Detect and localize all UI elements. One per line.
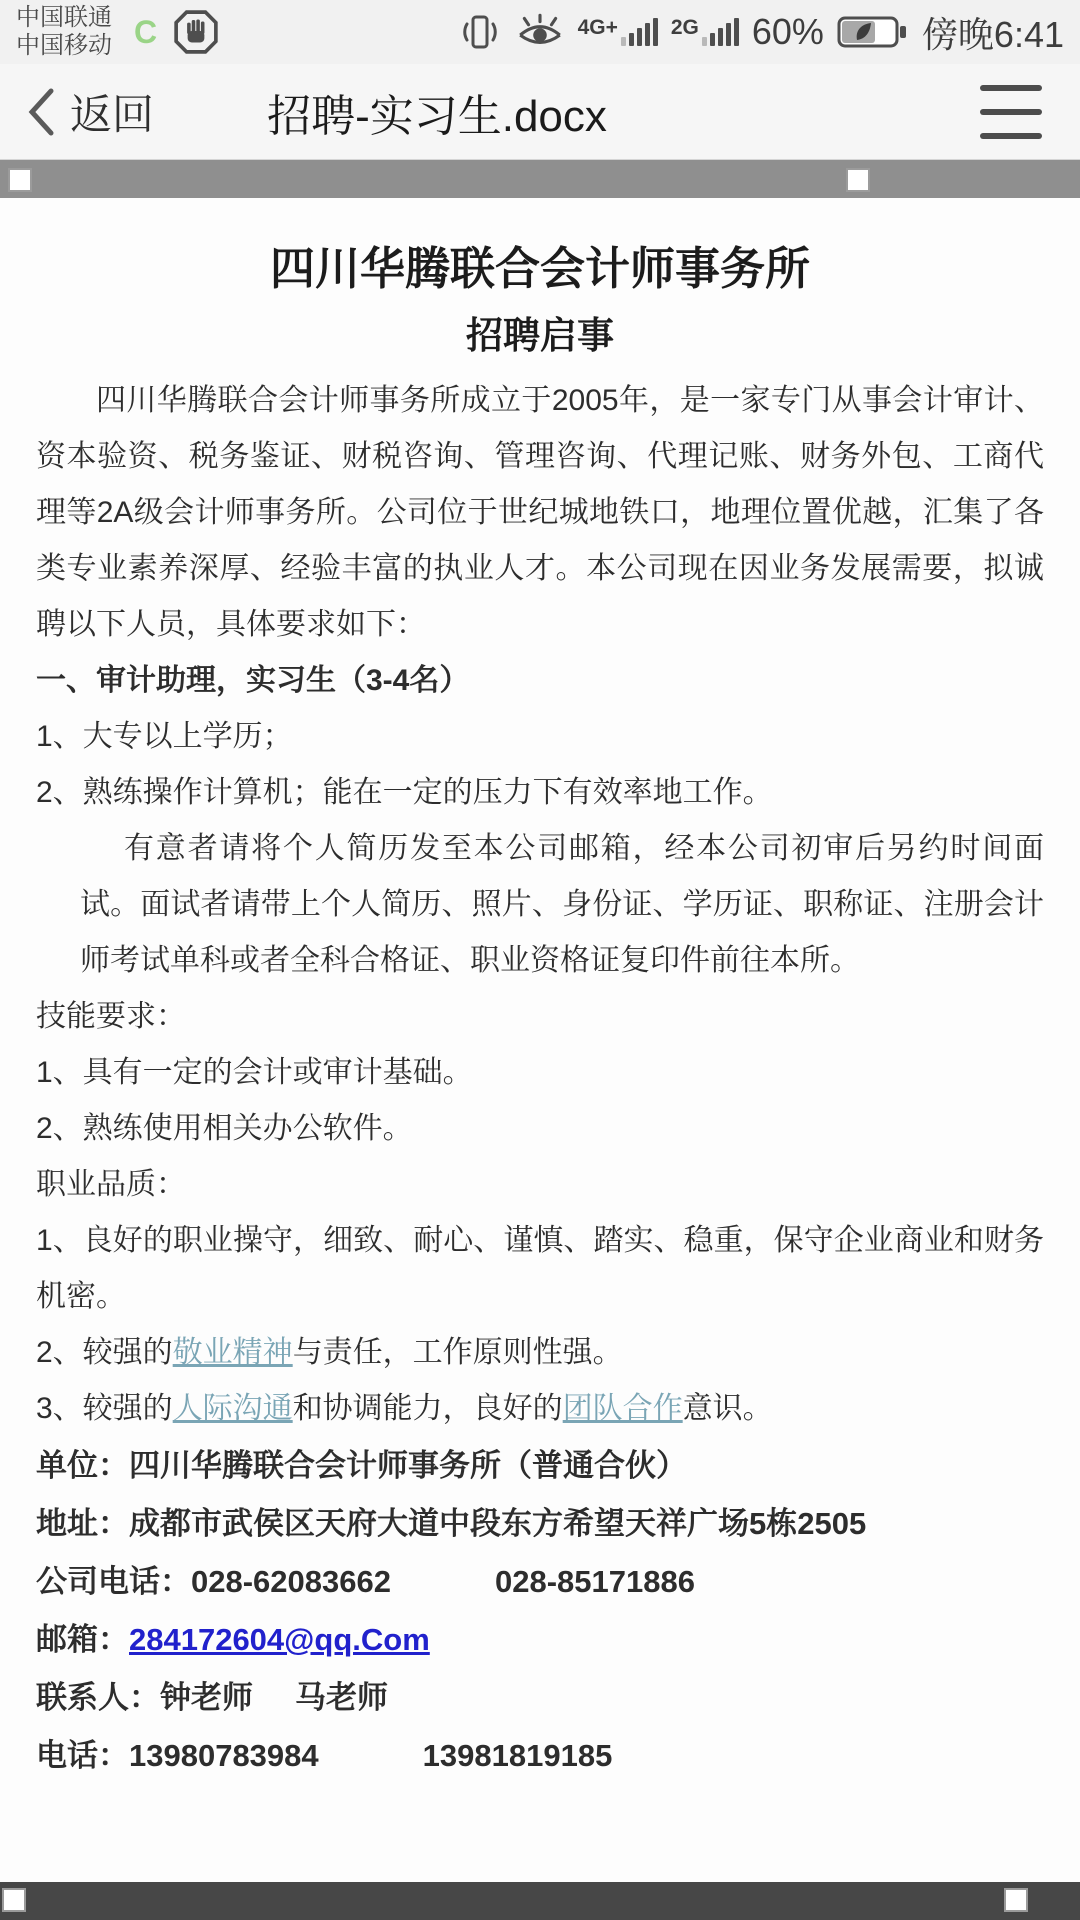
email-link[interactable]: 284172604@qq.Com <box>129 1622 430 1657</box>
viewer-gutter-top <box>0 160 1080 198</box>
battery-percent: 60% <box>752 11 824 53</box>
intro-paragraph: 四川华腾联合会计师事务所成立于2005年，是一家专门从事会计审计、资本验资、税务… <box>36 373 1044 653</box>
signal-sim1: 4G+ <box>578 18 658 46</box>
contact-person-label: 联系人： <box>36 1680 160 1715</box>
hd-call-c-icon: C <box>134 14 157 51</box>
battery-power-save-icon <box>837 13 909 51</box>
company-label: 单位： <box>36 1448 129 1483</box>
back-button[interactable]: 返回 <box>0 82 154 142</box>
contact-mobile-row: 电话：1398078398413981819185 <box>36 1727 1044 1785</box>
status-bar: 中国联通 中国移动 C <box>0 0 1080 64</box>
skills-heading: 技能要求： <box>36 989 1044 1045</box>
company-value: 四川华腾联合会计师事务所（普通合伙） <box>129 1448 687 1483</box>
quality-item-3-mid: 和协调能力，良好的 <box>293 1392 563 1425</box>
position-item-2: 2、熟练操作计算机；能在一定的压力下有效率地工作。 <box>36 765 1044 821</box>
doc-heading: 四川华腾联合会计师事务所 <box>36 232 1044 297</box>
quality-item-2-prefix: 2、较强的 <box>36 1336 173 1369</box>
contact-office-phone-row: 公司电话：028-62083662028-85171886 <box>36 1553 1044 1611</box>
viewer-gutter-bottom <box>0 1882 1080 1920</box>
doc-subheading: 招聘启事 <box>36 305 1044 359</box>
link-teamwork[interactable]: 团队合作 <box>563 1392 683 1425</box>
address-label: 地址： <box>36 1506 129 1541</box>
office-phone-label: 公司电话： <box>36 1564 191 1599</box>
page-corner-bottom-right <box>1004 1888 1028 1912</box>
position-item-1: 1、大专以上学历； <box>36 709 1044 765</box>
back-label: 返回 <box>70 82 154 142</box>
skills-item-2: 2、熟练使用相关办公软件。 <box>36 1101 1044 1157</box>
mobile-1: 13980783984 <box>129 1738 319 1773</box>
position-heading: 一、审计助理，实习生（3-4名） <box>36 653 1044 709</box>
page-corner-bottom-left <box>2 1888 26 1912</box>
address-value: 成都市武侯区天府大道中段东方希望天祥广场5栋2505 <box>129 1506 866 1541</box>
signal-bars-sim2-icon <box>702 18 739 46</box>
contact-company-row: 单位：四川华腾联合会计师事务所（普通合伙） <box>36 1437 1044 1495</box>
contact-address-row: 地址：成都市武侯区天府大道中段东方希望天祥广场5栋2505 <box>36 1495 1044 1553</box>
quality-item-3: 3、较强的人际沟通和协调能力，良好的团队合作意识。 <box>36 1381 1044 1437</box>
eye-protection-icon <box>515 12 565 52</box>
chevron-left-icon <box>26 87 56 137</box>
document-title-bar: 招聘-实习生.docx <box>267 80 607 144</box>
menu-button[interactable] <box>980 67 1042 157</box>
carrier-line-1: 中国联通 <box>16 4 112 32</box>
apply-note-paragraph: 有意者请将个人简历发至本公司邮箱，经本公司初审后另约时间面试。面试者请带上个人简… <box>80 821 1044 989</box>
carrier-names: 中国联通 中国移动 <box>16 4 112 60</box>
signal-sim2: 2G <box>671 18 739 46</box>
link-interpersonal[interactable]: 人际沟通 <box>173 1392 293 1425</box>
page-corner-top-left <box>8 168 32 192</box>
contact-email-row: 邮箱：284172604@qq.Com <box>36 1611 1044 1669</box>
office-phone-1: 028-62083662 <box>191 1564 391 1599</box>
phone-screen: 中国联通 中国移动 C <box>0 0 1080 1920</box>
clock-time: 傍晚6:41 <box>922 7 1064 58</box>
do-not-disturb-hand-icon <box>173 9 219 55</box>
quality-heading: 职业品质： <box>36 1157 1044 1213</box>
contact-person-1: 钟老师 <box>160 1680 253 1715</box>
status-bar-right: 4G+ 2G 60% 傍晚6:41 <box>458 7 1064 58</box>
mobile-2: 13981819185 <box>423 1738 613 1773</box>
network-type-4g-label: 4G+ <box>578 18 618 38</box>
nav-bar: 返回 招聘-实习生.docx <box>0 64 1080 160</box>
quality-item-3-prefix: 3、较强的 <box>36 1392 173 1425</box>
signal-bars-sim1-icon <box>621 18 658 46</box>
vibrate-icon <box>458 10 502 54</box>
document-page[interactable]: 四川华腾联合会计师事务所 招聘启事 四川华腾联合会计师事务所成立于2005年，是… <box>0 198 1080 1882</box>
quality-item-2: 2、较强的敬业精神与责任，工作原则性强。 <box>36 1325 1044 1381</box>
hamburger-icon <box>980 85 1042 91</box>
network-type-2g-label: 2G <box>671 18 699 38</box>
quality-item-2-suffix: 与责任，工作原则性强。 <box>293 1336 623 1369</box>
carrier-line-2: 中国移动 <box>16 32 112 60</box>
quality-item-3-suffix: 意识。 <box>683 1392 773 1425</box>
page-corner-top-right <box>846 168 870 192</box>
contact-person-row: 联系人：钟老师马老师 <box>36 1669 1044 1727</box>
quality-item-1: 1、良好的职业操守，细致、耐心、谨慎、踏实、稳重，保守企业商业和财务机密。 <box>36 1213 1044 1325</box>
email-label: 邮箱： <box>36 1622 129 1657</box>
skills-item-1: 1、具有一定的会计或审计基础。 <box>36 1045 1044 1101</box>
link-dedication[interactable]: 敬业精神 <box>173 1336 293 1369</box>
mobile-label: 电话： <box>36 1738 129 1773</box>
office-phone-2: 028-85171886 <box>495 1564 695 1599</box>
contact-person-2: 马老师 <box>295 1680 388 1715</box>
